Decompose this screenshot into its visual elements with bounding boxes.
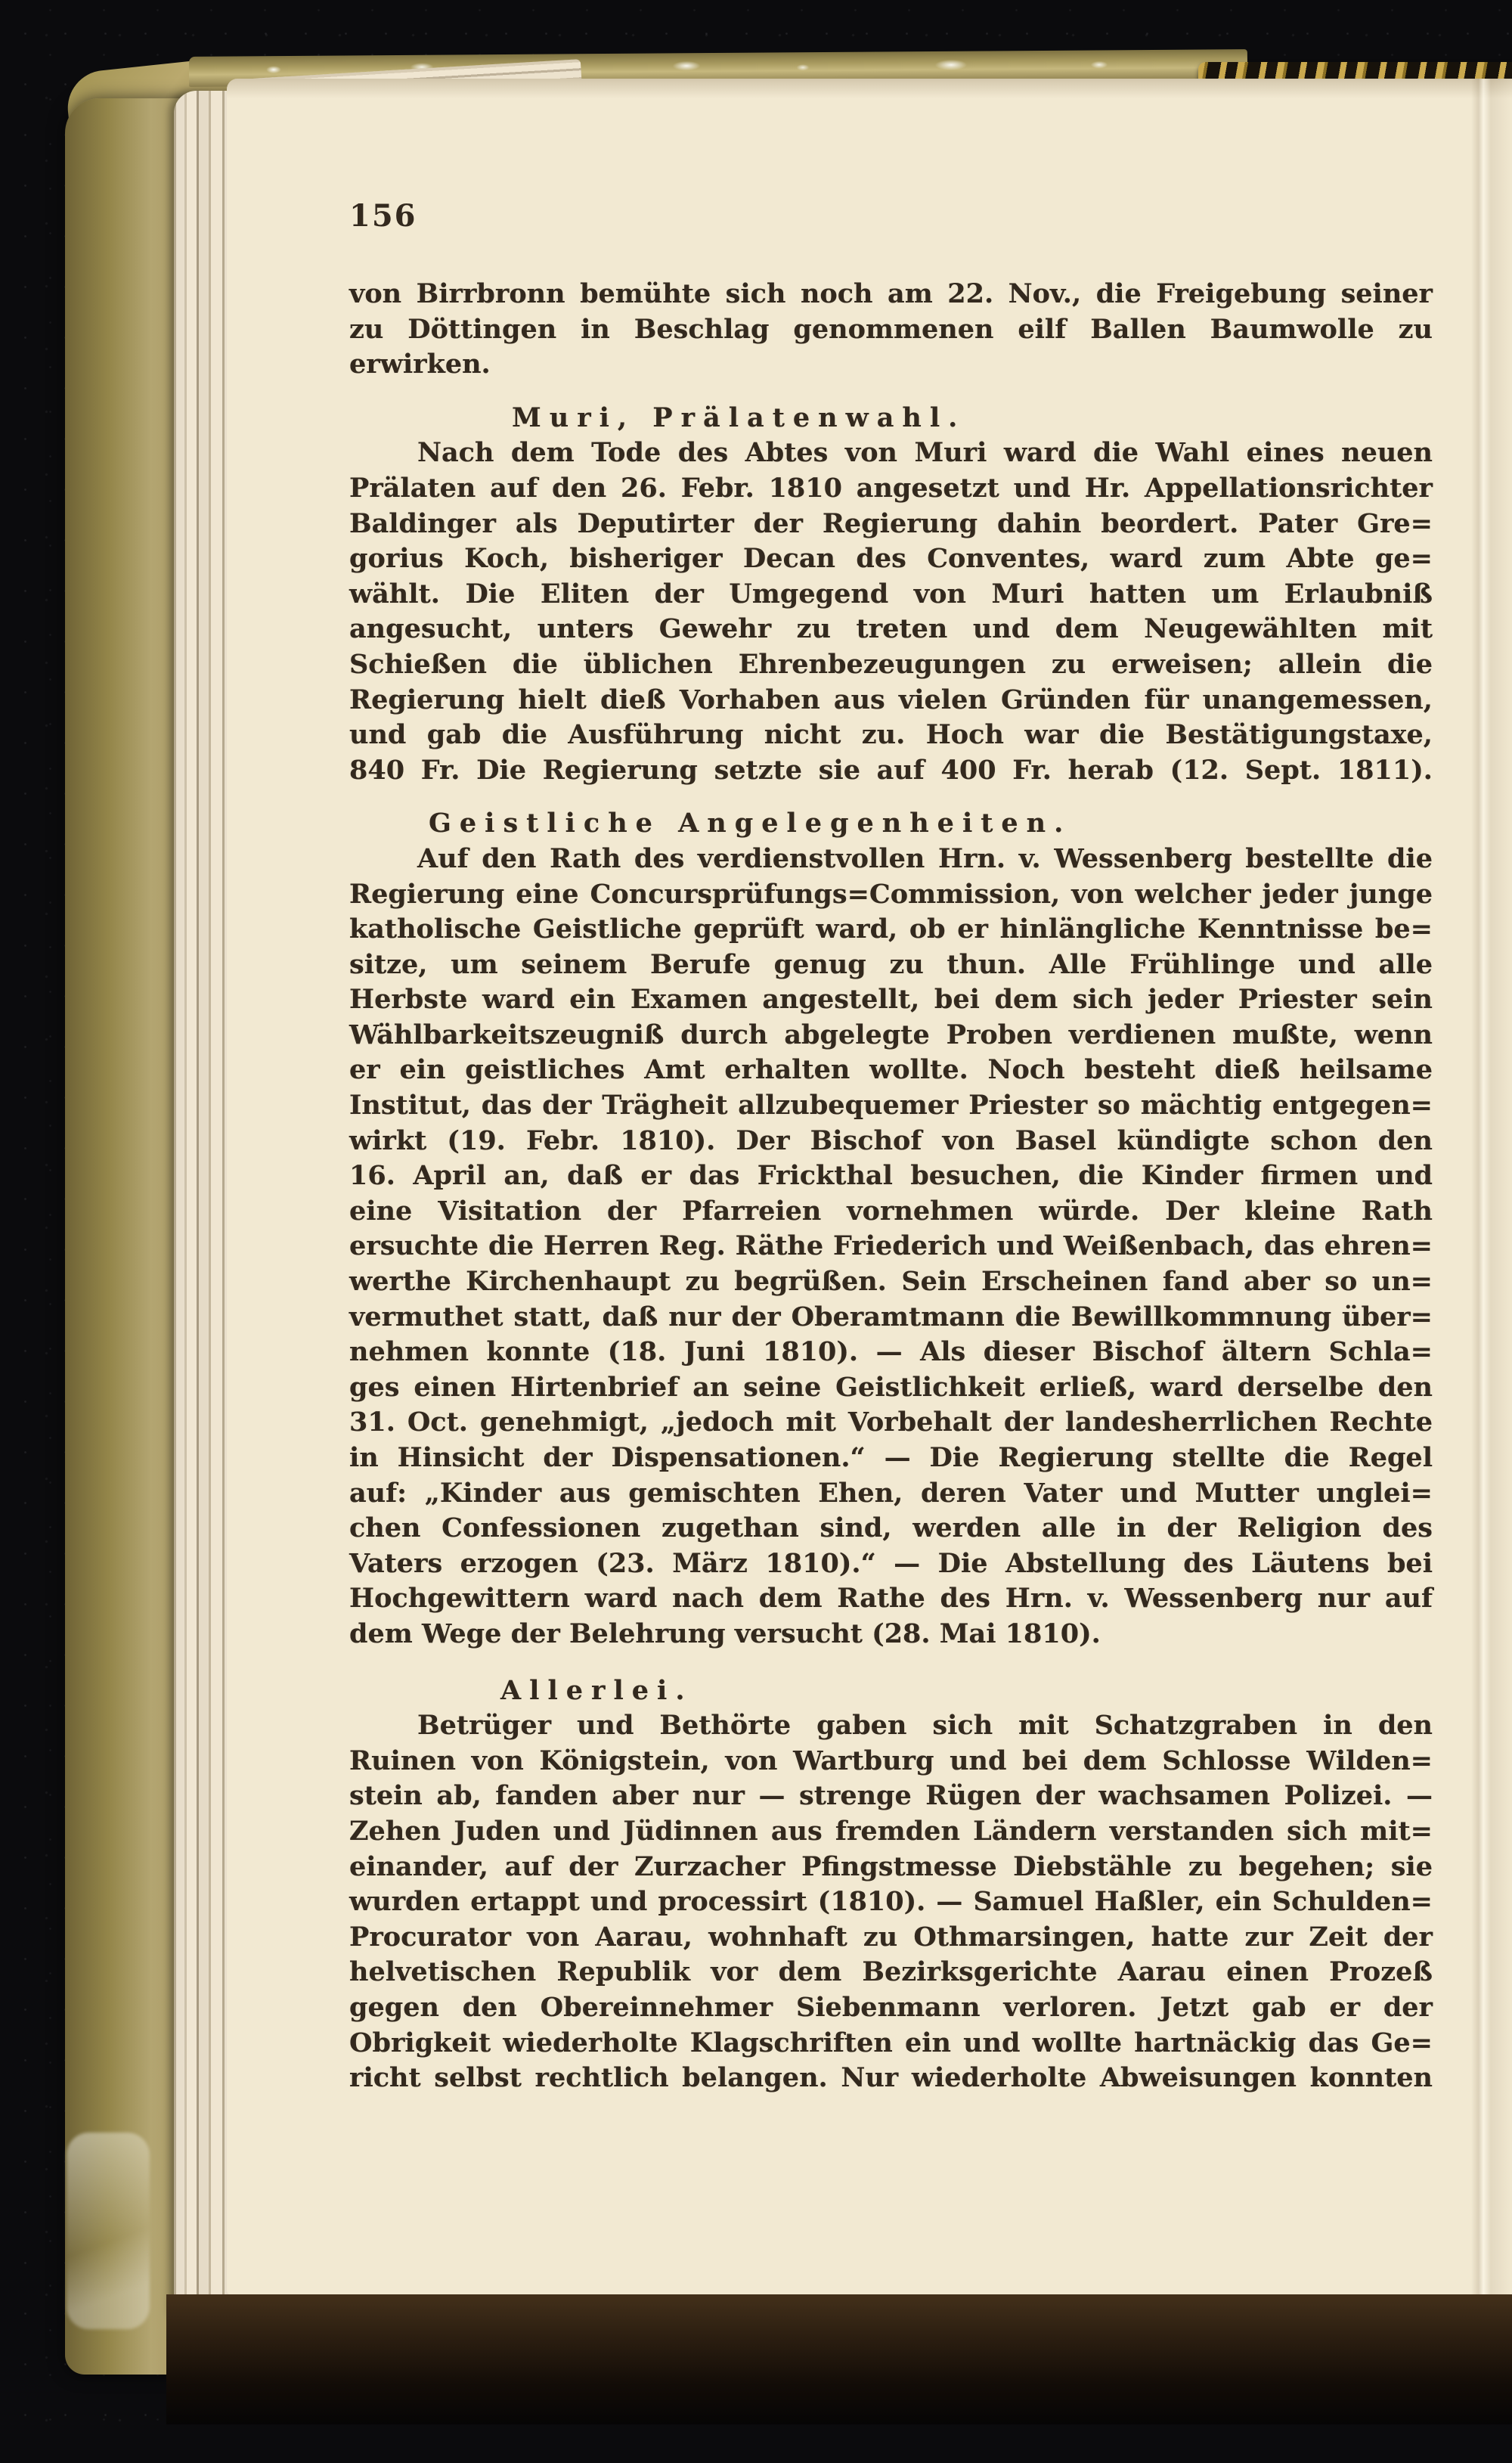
- text-line: wirkt (19. Febr. 1810). Der Bischof von …: [349, 1124, 1433, 1159]
- text-line: 16. April an, daß er das Frickthal besuc…: [349, 1159, 1433, 1194]
- text-line: Wählbarkeitszeugniß durch abgelegte Prob…: [349, 1018, 1433, 1053]
- text-line: Hochgewittern ward nach dem Rathe des Hr…: [349, 1581, 1433, 1617]
- text-line: ersuchte die Herren Reg. Räthe Friederic…: [349, 1229, 1433, 1264]
- text-line: 840 Fr. Die Regierung setzte sie auf 400…: [349, 753, 1433, 789]
- text-line: werthe Kirchenhaupt zu begrüßen. Sein Er…: [349, 1264, 1433, 1300]
- paragraph: Betrüger und Bethörte gaben sich mit Sch…: [349, 1708, 1433, 2096]
- text-line: wählt. Die Eliten der Umgegend von Muri …: [349, 577, 1433, 613]
- text-line: richt selbst rechtlich belangen. Nur wie…: [349, 2061, 1433, 2096]
- text-line: stein ab, fanden aber nur — strenge Rüge…: [349, 1779, 1433, 1814]
- text-line: in Hinsicht der Dispensationen.“ — Die R…: [349, 1441, 1433, 1476]
- text-line: Procurator von Aarau, wohnhaft zu Othmar…: [349, 1920, 1433, 1956]
- text-line: 31. Oct. genehmigt, „jedoch mit Vorbehal…: [349, 1405, 1433, 1441]
- paragraph: von Birrbronn bemühte sich noch am 22. N…: [349, 277, 1433, 383]
- text-line: Herbste ward ein Examen angestellt, bei …: [349, 982, 1433, 1018]
- section-heading: Muri, Prälatenwahl.: [512, 401, 1433, 436]
- text-line: gorius Koch, bisheriger Decan des Conven…: [349, 541, 1433, 577]
- text-line: sitze, um seinem Berufe genug zu thun. A…: [349, 948, 1433, 983]
- paragraph: Nach dem Tode des Abtes von Muri ward di…: [349, 436, 1433, 788]
- text-line: dem Wege der Belehrung versucht (28. Mai…: [349, 1617, 1433, 1652]
- text-line: Regierung eine Concursprüfungs=Commissio…: [349, 877, 1433, 913]
- text-line: angesucht, unters Gewehr zu treten und d…: [349, 612, 1433, 647]
- text-line: Prälaten auf den 26. Febr. 1810 angesetz…: [349, 471, 1433, 507]
- text-line: Obrigkeit wiederholte Klagschriften ein …: [349, 2026, 1433, 2061]
- text-block: von Birrbronn bemühte sich noch am 22. N…: [349, 277, 1433, 2096]
- page-top-shade: [227, 79, 1512, 98]
- text-line: nehmen konnte (18. Juni 1810). — Als die…: [349, 1335, 1433, 1370]
- text-line: chen Confessionen zugethan sind, werden …: [349, 1511, 1433, 1546]
- paragraph: Auf den Rath des verdienstvollen Hrn. v.…: [349, 842, 1433, 1652]
- text-line: auf: „Kinder aus gemischten Ehen, deren …: [349, 1476, 1433, 1512]
- text-line: Ruinen von Königstein, von Wartburg und …: [349, 1744, 1433, 1779]
- page-number: 156: [349, 198, 417, 234]
- text-line: Vaters erzogen (23. März 1810).“ — Die A…: [349, 1546, 1433, 1582]
- section-heading: Allerlei.: [500, 1674, 1433, 1709]
- text-line: erwirken.: [349, 347, 1433, 383]
- text-line: zu Döttingen in Beschlag genommenen eilf…: [349, 312, 1433, 348]
- text-line: eine Visitation der Pfarreien vornehmen …: [349, 1194, 1433, 1230]
- text-line: von Birrbronn bemühte sich noch am 22. N…: [349, 277, 1433, 312]
- text-line: gegen den Obereinnehmer Siebenmann verlo…: [349, 1990, 1433, 2026]
- text-line: einander, auf der Zurzacher Pfingstmesse…: [349, 1850, 1433, 1885]
- text-line: er ein geistliches Amt erhalten wollte. …: [349, 1053, 1433, 1088]
- text-line: vermuthet statt, daß nur der Oberamtmann…: [349, 1300, 1433, 1335]
- text-line: Nach dem Tode des Abtes von Muri ward di…: [349, 436, 1433, 471]
- cover-tape-shine: [67, 2133, 150, 2329]
- text-line: Auf den Rath des verdienstvollen Hrn. v.…: [349, 842, 1433, 877]
- text-line: ges einen Hirtenbrief an seine Geistlich…: [349, 1370, 1433, 1406]
- text-line: katholische Geistliche geprüft ward, ob …: [349, 912, 1433, 948]
- text-line: Betrüger und Bethörte gaben sich mit Sch…: [349, 1708, 1433, 1744]
- text-line: Institut, das der Trägheit allzubequemer…: [349, 1088, 1433, 1124]
- text-line: Zehen Juden und Jüdinnen aus fremden Län…: [349, 1814, 1433, 1850]
- text-line: Baldinger als Deputirter der Regierung d…: [349, 507, 1433, 542]
- text-line: Regierung hielt dieß Vorhaben aus vielen…: [349, 683, 1433, 718]
- book-page: 156 von Birrbronn bemühte sich noch am 2…: [227, 79, 1512, 2296]
- photo-of-book: { "photo": { "background_color": "#0b0b0…: [0, 0, 1512, 2463]
- book-bottom-shadow: [166, 2294, 1512, 2424]
- text-line: Schießen die üblichen Ehrenbezeugungen z…: [349, 647, 1433, 683]
- gutter-fold: [1471, 79, 1512, 2296]
- text-line: helvetischen Republik vor dem Bezirksger…: [349, 1955, 1433, 1990]
- text-line: wurden ertappt und processirt (1810). — …: [349, 1884, 1433, 1920]
- section-heading: Geistliche Angelegenheiten.: [429, 806, 1433, 842]
- text-line: und gab die Ausführung nicht zu. Hoch wa…: [349, 718, 1433, 753]
